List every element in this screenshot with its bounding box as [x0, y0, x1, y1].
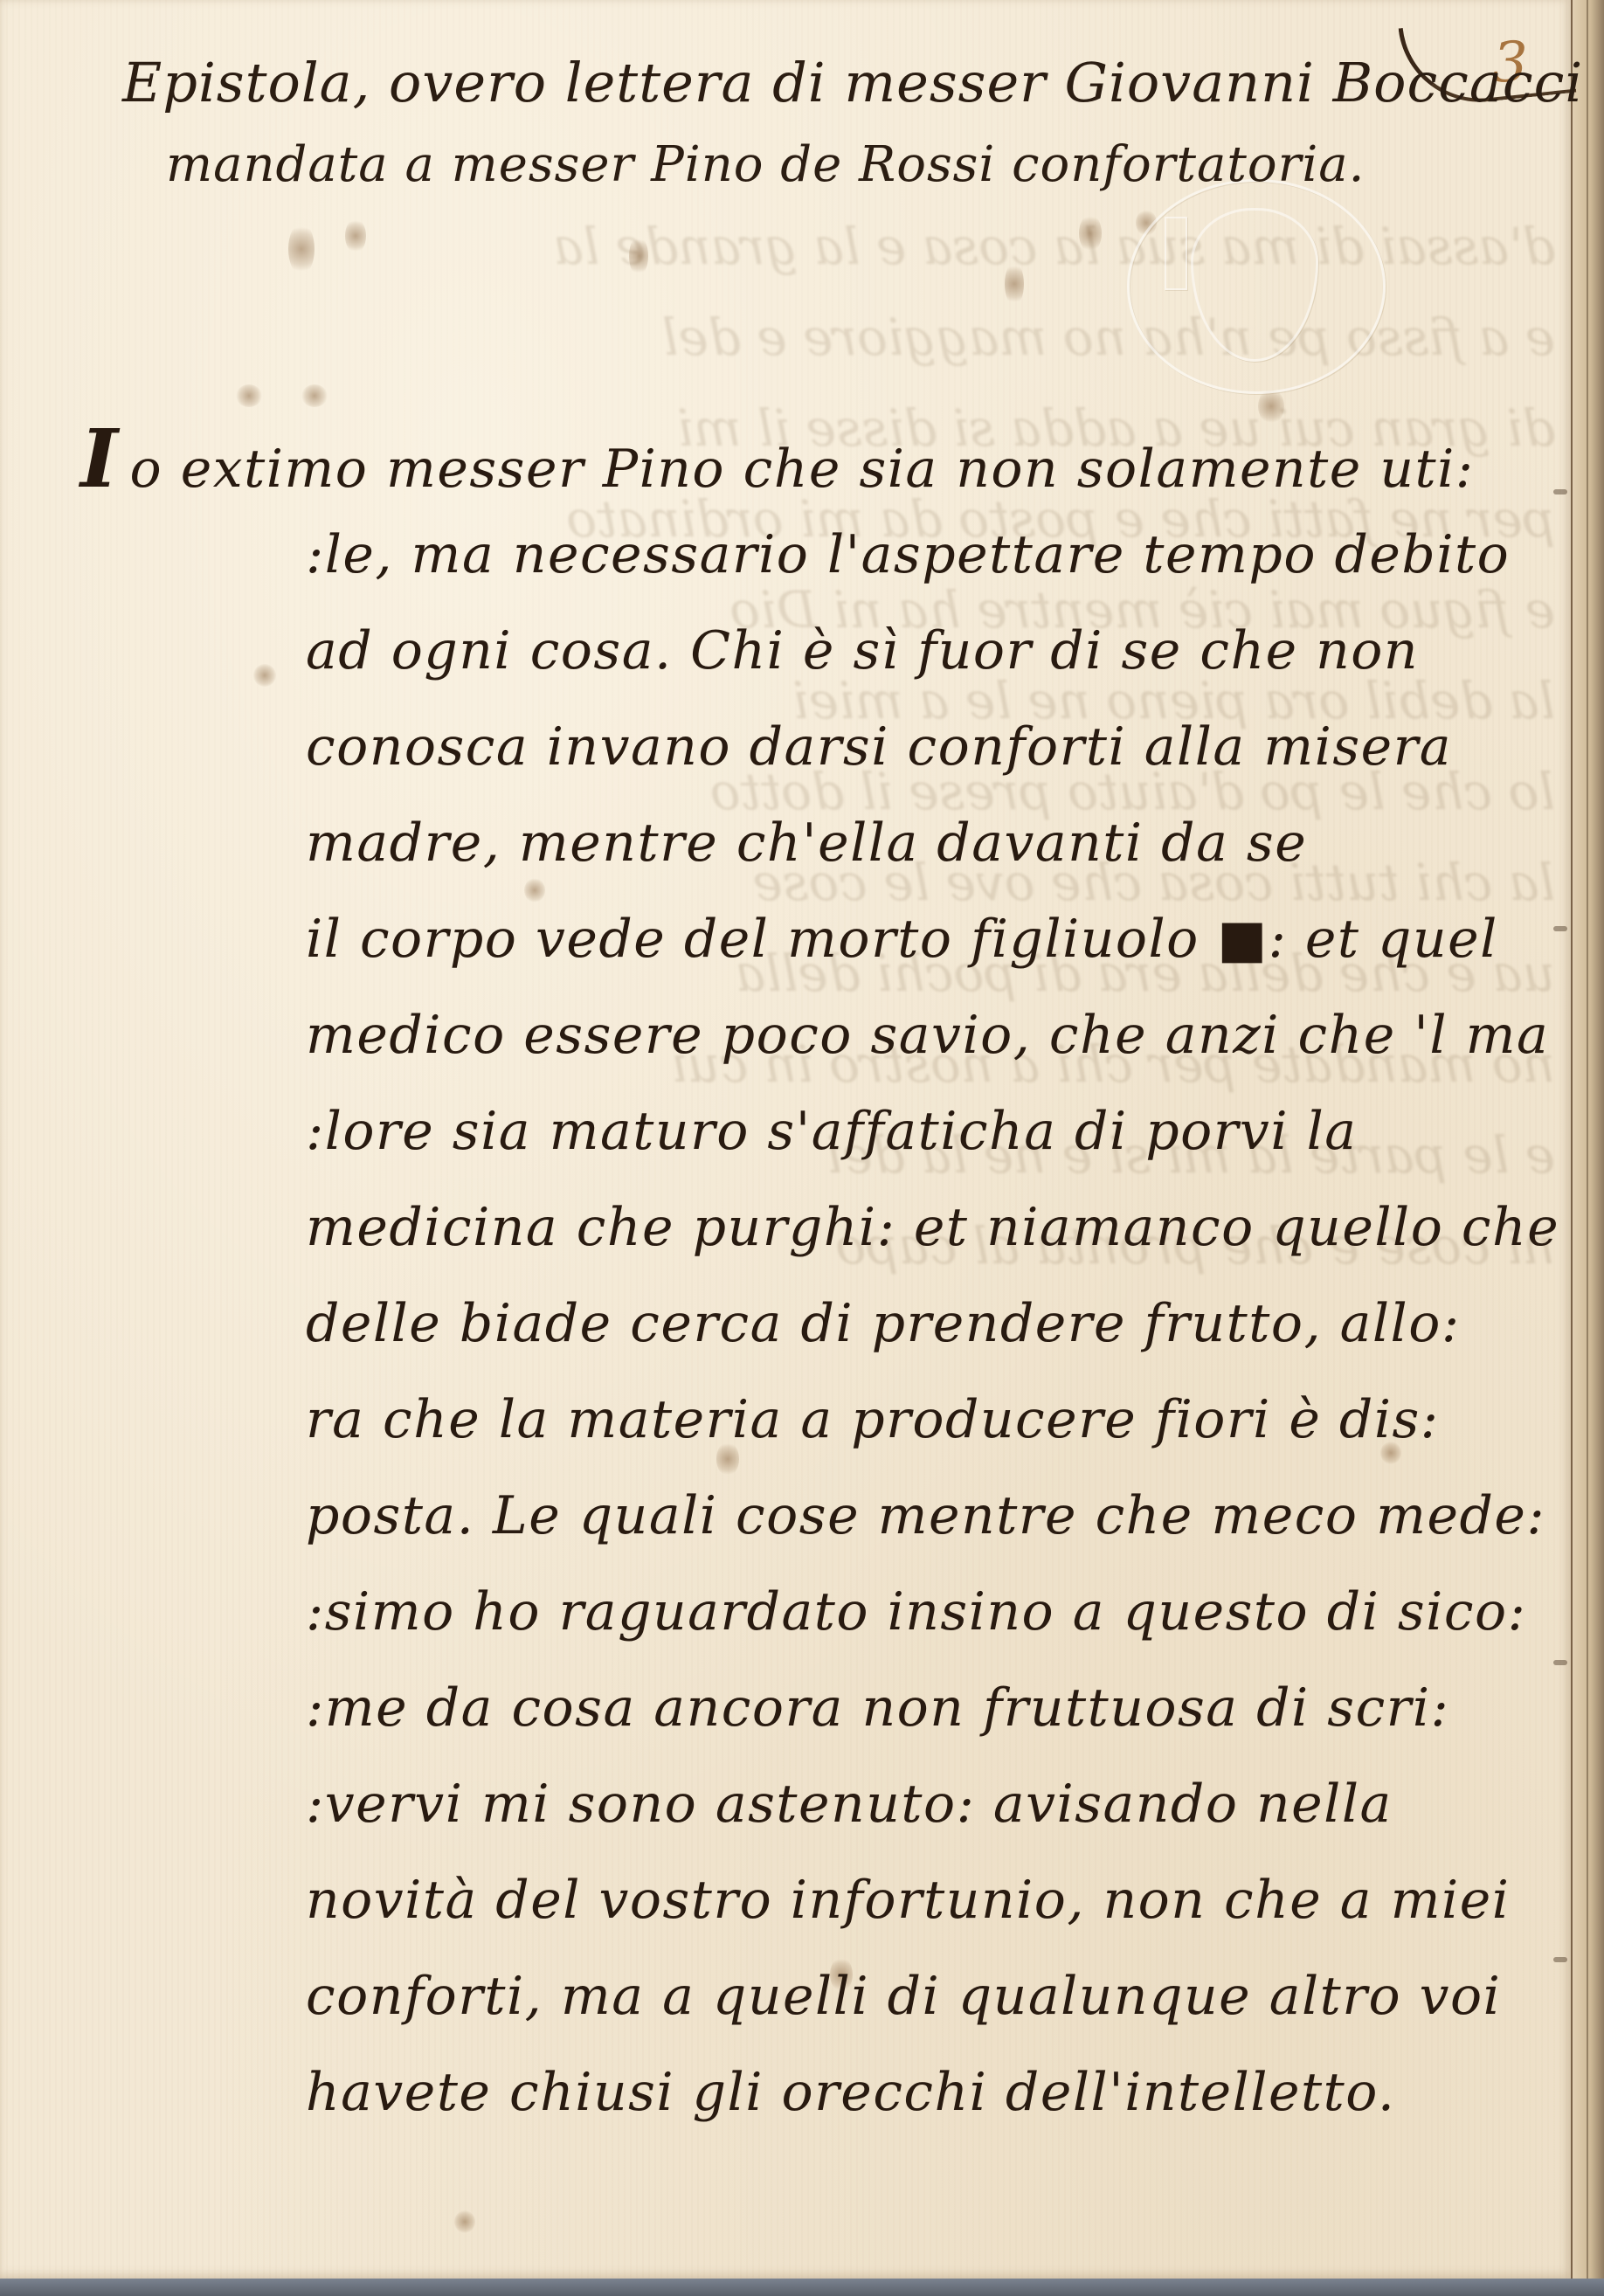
manuscript-page: d'assai di ma sua la cosa e la grande la…	[0, 0, 1573, 2281]
scan-background-strip	[0, 2279, 1604, 2296]
body-line: delle biade cerca di prendere frutto, al…	[80, 1276, 1548, 1372]
body-line: novità del vostro infortunio, non che a …	[80, 1852, 1548, 1948]
initial-letter: I	[80, 411, 120, 506]
body-line: ad ogni cosa. Chi è sì fuor di se che no…	[80, 603, 1548, 699]
body-line: ra che la materia a producere fiori è di…	[80, 1372, 1548, 1468]
body-line: medicina che purghi: et niamanco quello …	[80, 1179, 1548, 1276]
body-line: madre, mentre ch'ella davanti da se	[80, 795, 1548, 891]
body-line: havete chiusi gli orecchi dell'intellett…	[80, 2044, 1548, 2140]
body-line: conforti, ma a quelli di qualunque altro…	[80, 1948, 1548, 2044]
body-line: posta. Le quali cose mentre che meco med…	[80, 1468, 1548, 1564]
body-line: :le, ma necessario l'aspettare tempo deb…	[80, 507, 1548, 603]
heading-line-2: mandata a messer Pino de Rossi confortat…	[122, 136, 1583, 193]
body-line: medico essere poco savio, che anzi che '…	[80, 987, 1548, 1083]
letter-heading: Epistola, overo lettera di messer Giovan…	[122, 51, 1583, 193]
body-line: il corpo vede del morto figliuolo ■: et …	[80, 891, 1548, 987]
body-line: :lore sia maturo s'affaticha di porvi la	[80, 1083, 1548, 1179]
body-line-1-text: o extimo messer Pino che sia non solamen…	[130, 439, 1475, 500]
body-line-1: Io extimo messer Pino che sia non solame…	[80, 411, 1548, 507]
stamp-tower	[1165, 217, 1187, 290]
stamp-shield	[1191, 208, 1318, 362]
letter-body: Io extimo messer Pino che sia non solame…	[80, 411, 1548, 2140]
body-line: :simo ho raguardato insino a questo di s…	[80, 1564, 1548, 1660]
manuscript-scan: d'assai di ma sua la cosa e la grande la…	[0, 0, 1604, 2296]
embossed-library-stamp	[1127, 179, 1386, 394]
body-line: :vervi mi sono astenuto: avisando nella	[80, 1756, 1548, 1852]
body-line: conosca invano darsi conforti alla miser…	[80, 699, 1548, 795]
body-line: :me da cosa ancora non fruttuosa di scri…	[80, 1660, 1548, 1756]
heading-line-1: Epistola, overo lettera di messer Giovan…	[122, 51, 1583, 136]
